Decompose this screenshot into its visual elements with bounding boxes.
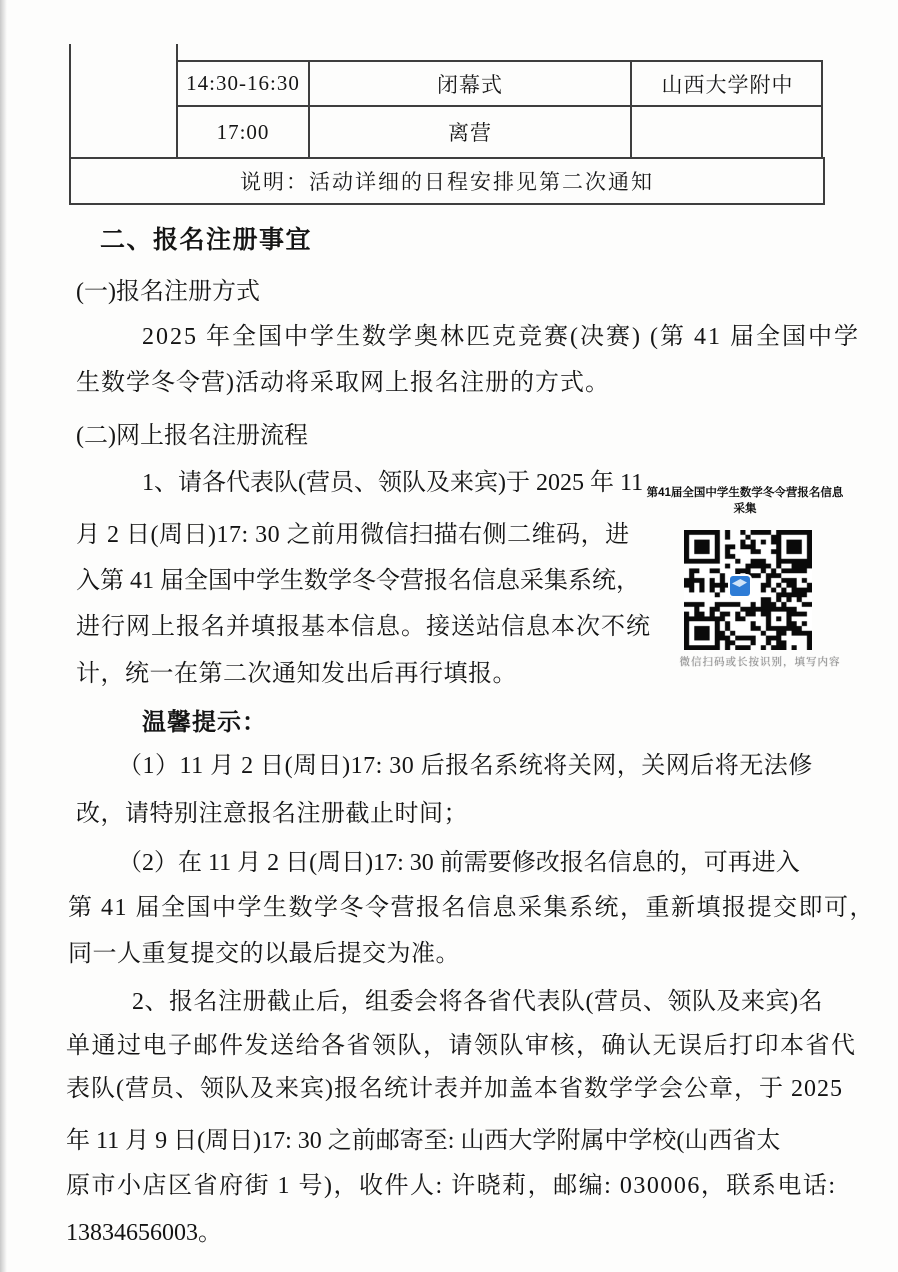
qr-caption: 微信扫码或长按识别，填写内容	[655, 654, 865, 669]
text-line: 入第 41 届全国中学生数学冬令营报名信息采集系统，	[76, 566, 640, 596]
text-line: 同一人重复提交的以最后提交为准。	[68, 939, 460, 969]
schedule-cell-location	[632, 107, 823, 157]
text-line: 年 11 月 9 日(周日)17: 30 之前邮寄至: 山西大学附属中学校(山西…	[66, 1126, 780, 1156]
text-line: （2）在 11 月 2 日(周日)17: 30 前需要修改报名信息的，可再进入	[118, 848, 800, 878]
text-line: 1、请各代表队(营员、领队及来宾)于 2025 年 11	[142, 468, 643, 498]
qr-center-form-icon	[730, 576, 750, 596]
text-line: （1）11 月 2 日(周日)17: 30 后报名系统将关网，关网后将无法修	[118, 751, 813, 781]
text-line: 2025 年全国中学生数学奥林匹克竞赛(决赛) (第 41 届全国中学	[142, 322, 860, 352]
document-page: 14:30-16:30 闭幕式 山西大学附中 17:00 离营 说明：活动详细的…	[0, 0, 898, 1272]
schedule-cell-time: 17:00	[178, 107, 310, 157]
section-heading-2: 二、报名注册事宜	[100, 225, 312, 255]
text-line: 进行网上报名并填报基本信息。接送站信息本次不统	[76, 612, 651, 642]
qr-title-line1: 第41届全国中学生数学冬令营报名信息	[625, 486, 865, 501]
text-line: 月 2 日(周日)17: 30 之前用微信扫描右侧二维码，进	[76, 520, 630, 550]
text-line: 原市小店区省府街 1 号)，收件人: 许晓莉，邮编: 030006，联系电话:	[66, 1171, 837, 1201]
schedule-cell-location: 山西大学附中	[632, 62, 823, 107]
text-line: 单通过电子邮件发送给各省领队，请领队审核，确认无误后打印本省代	[66, 1031, 857, 1061]
schedule-cell-activity: 闭幕式	[310, 62, 632, 107]
text-line: 计，统一在第二次通知发出后再行填报。	[76, 659, 517, 689]
text-line: 改，请特别注意报名注册截止时间；	[76, 799, 468, 829]
schedule-cell-time: 14:30-16:30	[178, 62, 310, 107]
qr-icon-fold-shape	[732, 579, 747, 589]
text-line: 第 41 届全国中学生数学冬令营报名信息采集系统，重新填报提交即可，	[68, 893, 875, 923]
schedule-table: 14:30-16:30 闭幕式 山西大学附中 17:00 离营	[176, 60, 823, 157]
text-line: 表队(营员、领队及来宾)报名统计表并加盖本省数学学会公章，于 2025	[66, 1074, 843, 1104]
schedule-note-row: 说明：活动详细的日程安排见第二次通知	[69, 157, 825, 205]
qr-title-line2: 采集	[625, 502, 865, 517]
text-line: 2、报名注册截止后，组委会将各省代表队(营员、领队及来宾)名	[132, 987, 823, 1017]
scan-edge-shadow	[0, 0, 7, 1272]
table-left-border	[69, 44, 71, 157]
tips-heading: 温馨提示：	[142, 708, 267, 738]
subsection-heading-1: (一)报名注册方式	[76, 277, 260, 307]
text-line: 生数学冬令营)活动将采取网上报名注册的方式。	[76, 368, 610, 398]
schedule-cell-activity: 离营	[310, 107, 632, 157]
text-line: 13834656003。	[66, 1218, 222, 1248]
subsection-heading-2: (二)网上报名注册流程	[76, 421, 308, 451]
